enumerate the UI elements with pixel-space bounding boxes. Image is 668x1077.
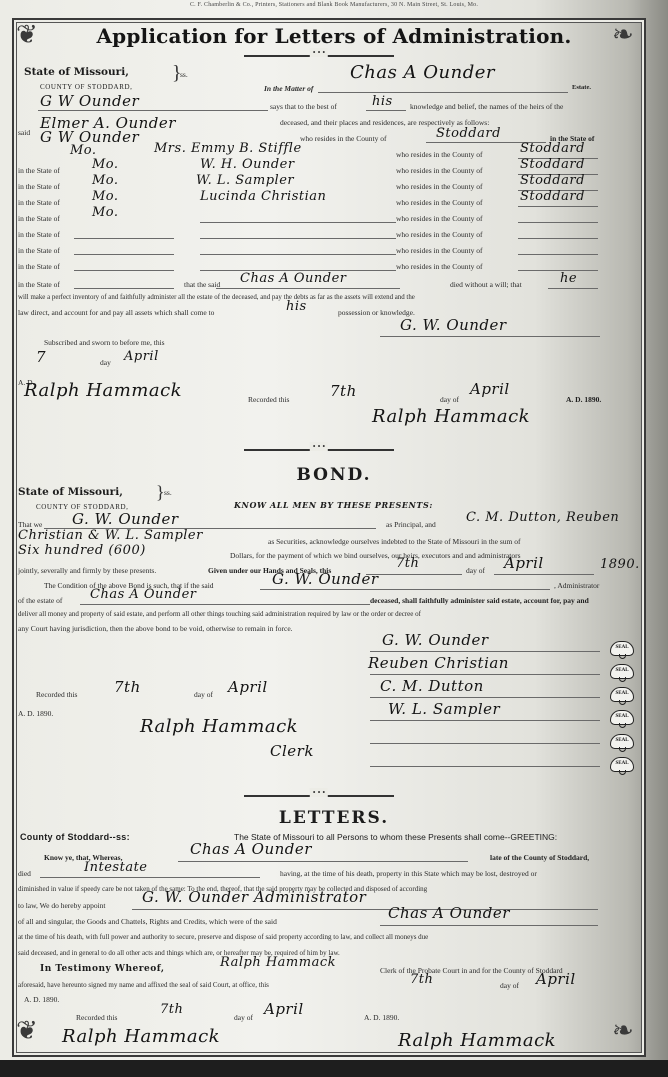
seal-icon: SEAL bbox=[610, 710, 634, 725]
county-line bbox=[518, 254, 598, 255]
seal-icon: SEAL bbox=[610, 687, 634, 702]
know-all-men: KNOW ALL MEN BY THESE PRESENTS: bbox=[234, 500, 433, 510]
bond-clerk-signature: Ralph Hammack bbox=[140, 716, 298, 737]
heir-state-field[interactable]: Mo. bbox=[92, 205, 119, 220]
heir-county-field[interactable]: Stoddard bbox=[520, 173, 585, 188]
administrator-line bbox=[260, 589, 550, 590]
died-line bbox=[40, 877, 260, 878]
letters-final-signature: Ralph Hammack bbox=[398, 1030, 556, 1051]
who-resides-label: who resides in the County of bbox=[396, 246, 482, 255]
bond-heading: BOND. bbox=[0, 465, 668, 485]
recorded-label: Recorded this bbox=[248, 395, 289, 404]
recorded-day-label: day of bbox=[440, 395, 459, 404]
name-line bbox=[200, 238, 396, 239]
letters-recorded-day[interactable]: 7th bbox=[160, 1002, 183, 1017]
ornament-bottom-left-icon: ❦ bbox=[16, 1018, 38, 1044]
heir-county-field[interactable]: Stoddard bbox=[520, 141, 585, 156]
signature-line bbox=[380, 336, 600, 337]
county-line bbox=[518, 238, 598, 239]
bond-divider bbox=[244, 449, 394, 451]
recorded-month-field[interactable]: April bbox=[470, 380, 510, 398]
who-resides-label: who resides in the County of bbox=[396, 150, 482, 159]
signature-line bbox=[370, 743, 600, 744]
in-state-label: in the State of bbox=[18, 230, 60, 239]
letters-month-field[interactable]: April bbox=[536, 970, 576, 988]
sworn-clerk-signature: Ralph Hammack bbox=[24, 380, 182, 401]
appointee-line bbox=[132, 909, 598, 910]
in-state-label: in the State of bbox=[18, 280, 60, 289]
name-line bbox=[200, 222, 396, 223]
seal-icon: SEAL bbox=[610, 664, 634, 679]
estate-of-label: of the estate of bbox=[18, 596, 62, 605]
bond-recorded-ad: A. D. 1890. bbox=[18, 709, 53, 718]
testimony-label: In Testimony Whereof, bbox=[40, 964, 165, 974]
given-month-line bbox=[494, 574, 594, 575]
state-line bbox=[74, 270, 174, 271]
heir-county-field[interactable]: Stoddard bbox=[436, 126, 501, 141]
applicant-field[interactable]: G W Ounder bbox=[40, 92, 139, 110]
late-of-text: late of the County of Stoddard, bbox=[490, 853, 589, 862]
signature-field[interactable]: C. M. Dutton bbox=[380, 677, 484, 695]
seal-icon: SEAL bbox=[610, 757, 634, 772]
letters-recorded-day-of: day of bbox=[234, 1013, 253, 1022]
in-state-label: in the State of bbox=[18, 166, 60, 175]
who-resides-label: who resides in the County of bbox=[396, 166, 482, 175]
state-line bbox=[74, 288, 174, 289]
that-the-said-label: that the said bbox=[184, 280, 220, 289]
bottom-margin bbox=[0, 1060, 668, 1077]
given-day-field[interactable]: 7th bbox=[396, 556, 419, 571]
heir-state-field[interactable]: Mo. bbox=[92, 189, 119, 204]
recorded-signature: Ralph Hammack bbox=[372, 406, 530, 427]
county-line bbox=[518, 222, 598, 223]
bond-recorded-label: Recorded this bbox=[36, 690, 77, 699]
estate-label: Estate. bbox=[572, 84, 591, 91]
signature-line bbox=[370, 697, 600, 698]
aforesaid-text: aforesaid, have hereunto signed my name … bbox=[18, 981, 269, 989]
heir-county-field[interactable]: Stoddard bbox=[520, 189, 585, 204]
heir-name-field[interactable]: W. L. Sampler bbox=[196, 173, 294, 188]
sworn-day-field[interactable]: 7 bbox=[36, 348, 46, 366]
possession-field[interactable]: his bbox=[286, 299, 307, 314]
day-of-label: day of bbox=[466, 566, 485, 575]
sworn-day-label: day bbox=[100, 358, 111, 367]
applicant-line bbox=[38, 110, 268, 111]
state-line bbox=[74, 254, 174, 255]
recorded-ad: A. D. 1890. bbox=[566, 395, 601, 404]
county-line bbox=[518, 206, 598, 207]
letters-heading: LETTERS. bbox=[0, 808, 668, 828]
seal-icon: SEAL bbox=[610, 641, 634, 656]
in-state-label: in the State of bbox=[18, 214, 60, 223]
dollars-text: Dollars, for the payment of which we bin… bbox=[230, 551, 521, 560]
deceased-name-field[interactable]: Chas A Ounder bbox=[350, 62, 495, 83]
app-county-label: COUNTY OF STODDARD, bbox=[40, 83, 133, 91]
given-day-line bbox=[366, 574, 462, 575]
in-matter-label: In the Matter of bbox=[264, 84, 313, 93]
heir-county-field[interactable]: Stoddard bbox=[520, 157, 585, 172]
bond-deceased-text: deceased, shall faithfully administer sa… bbox=[370, 596, 589, 605]
name-line bbox=[200, 254, 396, 255]
signature-line bbox=[370, 651, 600, 652]
bond-recorded-day[interactable]: 7th bbox=[114, 678, 141, 696]
letters-deceased-field[interactable]: Chas A Ounder bbox=[190, 840, 312, 858]
goods-of-line bbox=[380, 925, 598, 926]
law-text: law direct, and account for and pay all … bbox=[18, 308, 214, 317]
died-status-field[interactable]: Intestate bbox=[84, 860, 148, 875]
as-principal-text: as Principal, and bbox=[386, 520, 436, 529]
application-title: Application for Letters of Administratio… bbox=[0, 24, 668, 48]
bond-amount-field[interactable]: Six hundred (600) bbox=[18, 543, 146, 558]
heir-name-field[interactable]: W. H. Ounder bbox=[200, 157, 295, 172]
signature-field[interactable]: G. W. Ounder bbox=[382, 631, 489, 649]
time-text: at the time of his death, with full powe… bbox=[18, 933, 428, 941]
died-label: died bbox=[18, 869, 31, 878]
appointee-field[interactable]: G. W. Ounder Administrator bbox=[142, 888, 366, 906]
testimony-name-field[interactable]: Ralph Hammack bbox=[220, 955, 336, 970]
letters-recorded-ad: A. D. 1890. bbox=[364, 1013, 399, 1022]
as-securities-text: as Securities, acknowledge ourselves ind… bbox=[268, 537, 520, 546]
letters-recorded-label: Recorded this bbox=[76, 1013, 117, 1022]
heir-state-field[interactable]: Mo. bbox=[92, 173, 119, 188]
matter-line bbox=[318, 92, 568, 93]
letters-day-field[interactable]: 7th bbox=[410, 972, 433, 987]
bond-clerk-title: Clerk bbox=[270, 742, 314, 760]
sureties-field-b[interactable]: Christian & W. L. Sampler bbox=[18, 528, 203, 543]
state-line bbox=[74, 238, 174, 239]
court-text: any Court having jurisdiction, then the … bbox=[18, 624, 293, 633]
letters-ad: A. D. 1890. bbox=[24, 995, 59, 1004]
heir-state-field[interactable]: Mo. bbox=[70, 143, 97, 158]
jointly-text: jointly, severally and firmly by these p… bbox=[18, 566, 156, 575]
sworn-month-field[interactable]: April bbox=[124, 349, 159, 364]
in-state-label: in the State of bbox=[18, 198, 60, 207]
app-ss: ss. bbox=[180, 70, 188, 79]
who-resides-label: who resides in the County of bbox=[396, 214, 482, 223]
bond-ss: ss. bbox=[164, 488, 172, 497]
said-line bbox=[216, 288, 400, 289]
bond-recorded-month[interactable]: April bbox=[228, 678, 268, 696]
letters-county: County of Stoddard--ss: bbox=[20, 832, 130, 842]
who-resides-label: who resides in the County of bbox=[396, 230, 482, 239]
bond-state-label: State of Missouri, bbox=[18, 486, 123, 498]
letters-day-of: day of bbox=[500, 981, 519, 990]
deliver-text: deliver all money and property of said e… bbox=[18, 610, 421, 618]
signature-field[interactable]: W. L. Sampler bbox=[388, 700, 500, 718]
died-text: died without a will; that bbox=[450, 280, 522, 289]
perform-text: will make a perfect inventory of and fai… bbox=[18, 294, 415, 301]
who-resides-label: who resides in the County of bbox=[396, 182, 482, 191]
signature-line bbox=[370, 720, 600, 721]
administrator-label: , Administrator bbox=[554, 581, 599, 590]
who-resides-label: who resides in the County of bbox=[396, 198, 482, 207]
signature-field[interactable]: Reuben Christian bbox=[368, 654, 509, 672]
letters-divider bbox=[244, 795, 394, 797]
applicant-signature: G. W. Ounder bbox=[400, 316, 507, 334]
who-resides-label: who resides in the County of bbox=[396, 262, 482, 271]
principal-field[interactable]: G. W. Ounder bbox=[72, 510, 179, 528]
ornament-bottom-right-icon: ❧ bbox=[612, 1018, 634, 1044]
seal-icon: SEAL bbox=[610, 734, 634, 749]
he-line bbox=[548, 288, 598, 289]
letters-deceased-line bbox=[178, 861, 468, 862]
heir-name-field[interactable]: Lucinda Christian bbox=[200, 189, 326, 204]
said-label: said bbox=[18, 128, 30, 137]
his-field[interactable]: his bbox=[372, 94, 393, 109]
administrator-field[interactable]: G. W. Ounder bbox=[272, 570, 379, 588]
letters-recorded-month[interactable]: April bbox=[264, 1000, 304, 1018]
signature-line bbox=[370, 766, 600, 767]
title-divider bbox=[244, 55, 394, 57]
he-field[interactable]: he bbox=[560, 271, 577, 286]
said-deceased-field[interactable]: Chas A Ounder bbox=[240, 271, 347, 286]
given-month-field[interactable]: April bbox=[504, 554, 544, 572]
bond-recorded-day-of: day of bbox=[194, 690, 213, 699]
in-state-label: in the State of bbox=[18, 262, 60, 271]
signature-line bbox=[370, 674, 600, 675]
estate-name-field[interactable]: Chas A Ounder bbox=[90, 587, 197, 602]
having-text: having, at the time of his death, proper… bbox=[280, 869, 537, 878]
sureties-field-a[interactable]: C. M. Dutton, Reuben bbox=[466, 510, 619, 525]
goods-of-field[interactable]: Chas A Ounder bbox=[388, 904, 510, 922]
printer-imprint: C. F. Chamberlin & Co., Printers, Statio… bbox=[0, 2, 668, 8]
goods-text: of all and singular, the Goods and Chatt… bbox=[18, 917, 277, 926]
given-year-field[interactable]: 1890. bbox=[600, 557, 640, 572]
who-resides-label: who resides in the County of bbox=[300, 134, 386, 143]
appoint-text: to law, We do hereby appoint bbox=[18, 901, 106, 910]
app-state-label: State of Missouri, bbox=[24, 66, 129, 78]
knowledge-text: knowledge and belief, the names of the h… bbox=[410, 102, 563, 111]
his-line bbox=[366, 110, 406, 111]
in-state-label: in the State of bbox=[18, 182, 60, 191]
subscribed-text: Subscribed and sworn to before me, this bbox=[44, 338, 165, 347]
letters-recorded-signature: Ralph Hammack bbox=[62, 1026, 220, 1047]
says-text: says that to the best of bbox=[270, 102, 337, 111]
recorded-day-field[interactable]: 7th bbox=[330, 382, 357, 400]
estate-of-line bbox=[80, 604, 370, 605]
county-line bbox=[518, 270, 598, 271]
heir-state-field[interactable]: Mo. bbox=[92, 157, 119, 172]
heir-name-field[interactable]: Mrs. Emmy B. Stiffle bbox=[154, 141, 302, 156]
in-state-label: in the State of bbox=[18, 246, 60, 255]
